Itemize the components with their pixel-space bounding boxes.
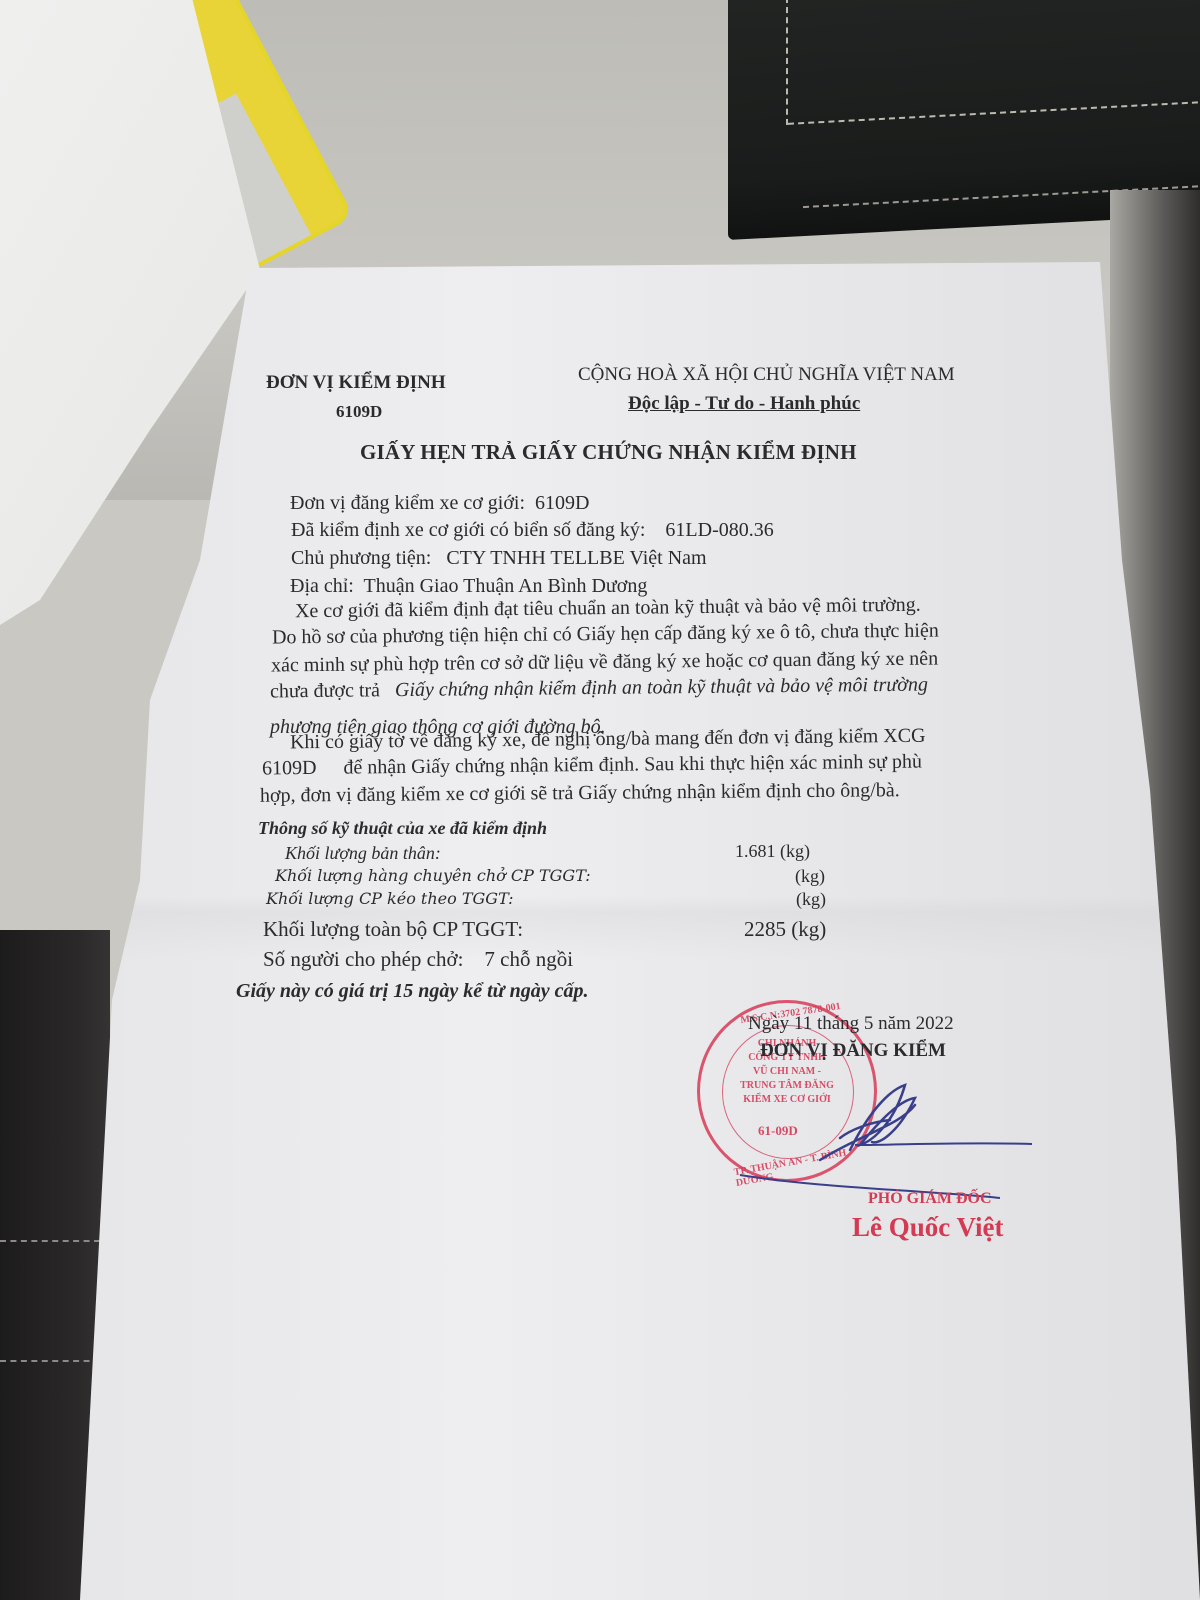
field-value: CTY TNHH TELLBE Việt Nam xyxy=(446,547,706,569)
field-inspection-unit: Đơn vị đăng kiểm xe cơ giới: 6109D xyxy=(290,492,589,515)
stamp-code: 61-09D xyxy=(758,1123,798,1139)
spec-value-towed: (kg) xyxy=(796,889,826,910)
seat-stitch xyxy=(0,1240,100,1242)
body-text: chưa được trả xyxy=(270,679,380,702)
spec-label-payload: Khối lượng hàng chuyên chở CP TGGT: xyxy=(275,866,591,885)
field-label: Đã kiểm định xe cơ giới có biển số đăng … xyxy=(291,519,645,541)
stamp-line: TRUNG TÂM ĐĂNG xyxy=(700,1079,874,1093)
seat-stitch xyxy=(0,1360,100,1362)
specs-title: Thông số kỹ thuật của xe đã kiểm định xyxy=(258,818,547,839)
spec-seats: Số người cho phép chở: 7 chỗ ngồi xyxy=(263,947,573,972)
spec-value-gross-weight: 2285 (kg) xyxy=(744,917,826,942)
validity-note: Giấy này có giá trị 15 ngày kể từ ngày c… xyxy=(236,980,589,1003)
spec-label-curb-weight: Khối lượng bản thân: xyxy=(285,843,441,864)
wallet-stitch xyxy=(786,0,788,125)
certificate-name: Giấy chứng nhận kiểm định an toàn kỹ thu… xyxy=(395,674,928,702)
field-plate: Đã kiểm định xe cơ giới có biển số đăng … xyxy=(291,519,774,542)
field-value: Thuận Giao Thuận An Bình Dương xyxy=(364,575,648,597)
spec-label-gross-weight: Khối lượng toàn bộ CP TGGT: xyxy=(263,917,523,942)
national-title: CỘNG HOÀ XÃ HỘI CHỦ NGHĨA VIỆT NAM xyxy=(578,364,955,386)
field-value: 61LD-080.36 xyxy=(665,519,773,541)
field-address: Địa chỉ: Thuận Giao Thuận An Bình Dương xyxy=(290,575,647,598)
stamp-line: KIỂM XE CƠ GIỚI xyxy=(700,1093,874,1107)
unit-code: 6109D xyxy=(262,757,317,780)
issue-date: Ngày 11 tháng 5 năm 2022 xyxy=(748,1013,954,1035)
wallet-stitch xyxy=(788,101,1200,125)
stamp-line: VŨ CHI NAM - xyxy=(700,1065,874,1079)
signer-title: PHÓ GIÁM ĐỐC xyxy=(868,1190,992,1208)
spec-label-towed: Khối lượng CP kéo theo TGGT: xyxy=(266,889,514,908)
field-label: Chủ phương tiện: xyxy=(291,547,431,569)
document-title: GIẤY HẸN TRẢ GIẤY CHỨNG NHẬN KIỂM ĐỊNH xyxy=(360,440,857,465)
signing-unit: ĐƠN VỊ ĐĂNG KIỂM xyxy=(760,1040,946,1062)
field-value: 6109D xyxy=(535,492,589,514)
field-label: Địa chỉ: xyxy=(290,575,354,597)
issuer-code: 6109D xyxy=(336,402,382,422)
spec-value-curb-weight: 1.681 (kg) xyxy=(735,841,810,862)
spec-value-seats: 7 chỗ ngồi xyxy=(484,947,573,971)
national-motto: Độc lập - Tư do - Hanh phúc xyxy=(628,393,860,415)
body-text: để nhận Giấy chứng nhận kiểm định. Sau k… xyxy=(343,751,922,779)
spec-value-payload: (kg) xyxy=(795,866,825,887)
spec-label-seats: Số người cho phép chở: xyxy=(263,947,463,971)
issuer-name: ĐƠN VỊ KIỂM ĐỊNH xyxy=(266,372,446,394)
signer-name: Lê Quốc Việt xyxy=(852,1212,1003,1243)
field-owner: Chủ phương tiện: CTY TNHH TELLBE Việt Na… xyxy=(291,547,707,570)
field-label: Đơn vị đăng kiểm xe cơ giới: xyxy=(290,492,525,514)
